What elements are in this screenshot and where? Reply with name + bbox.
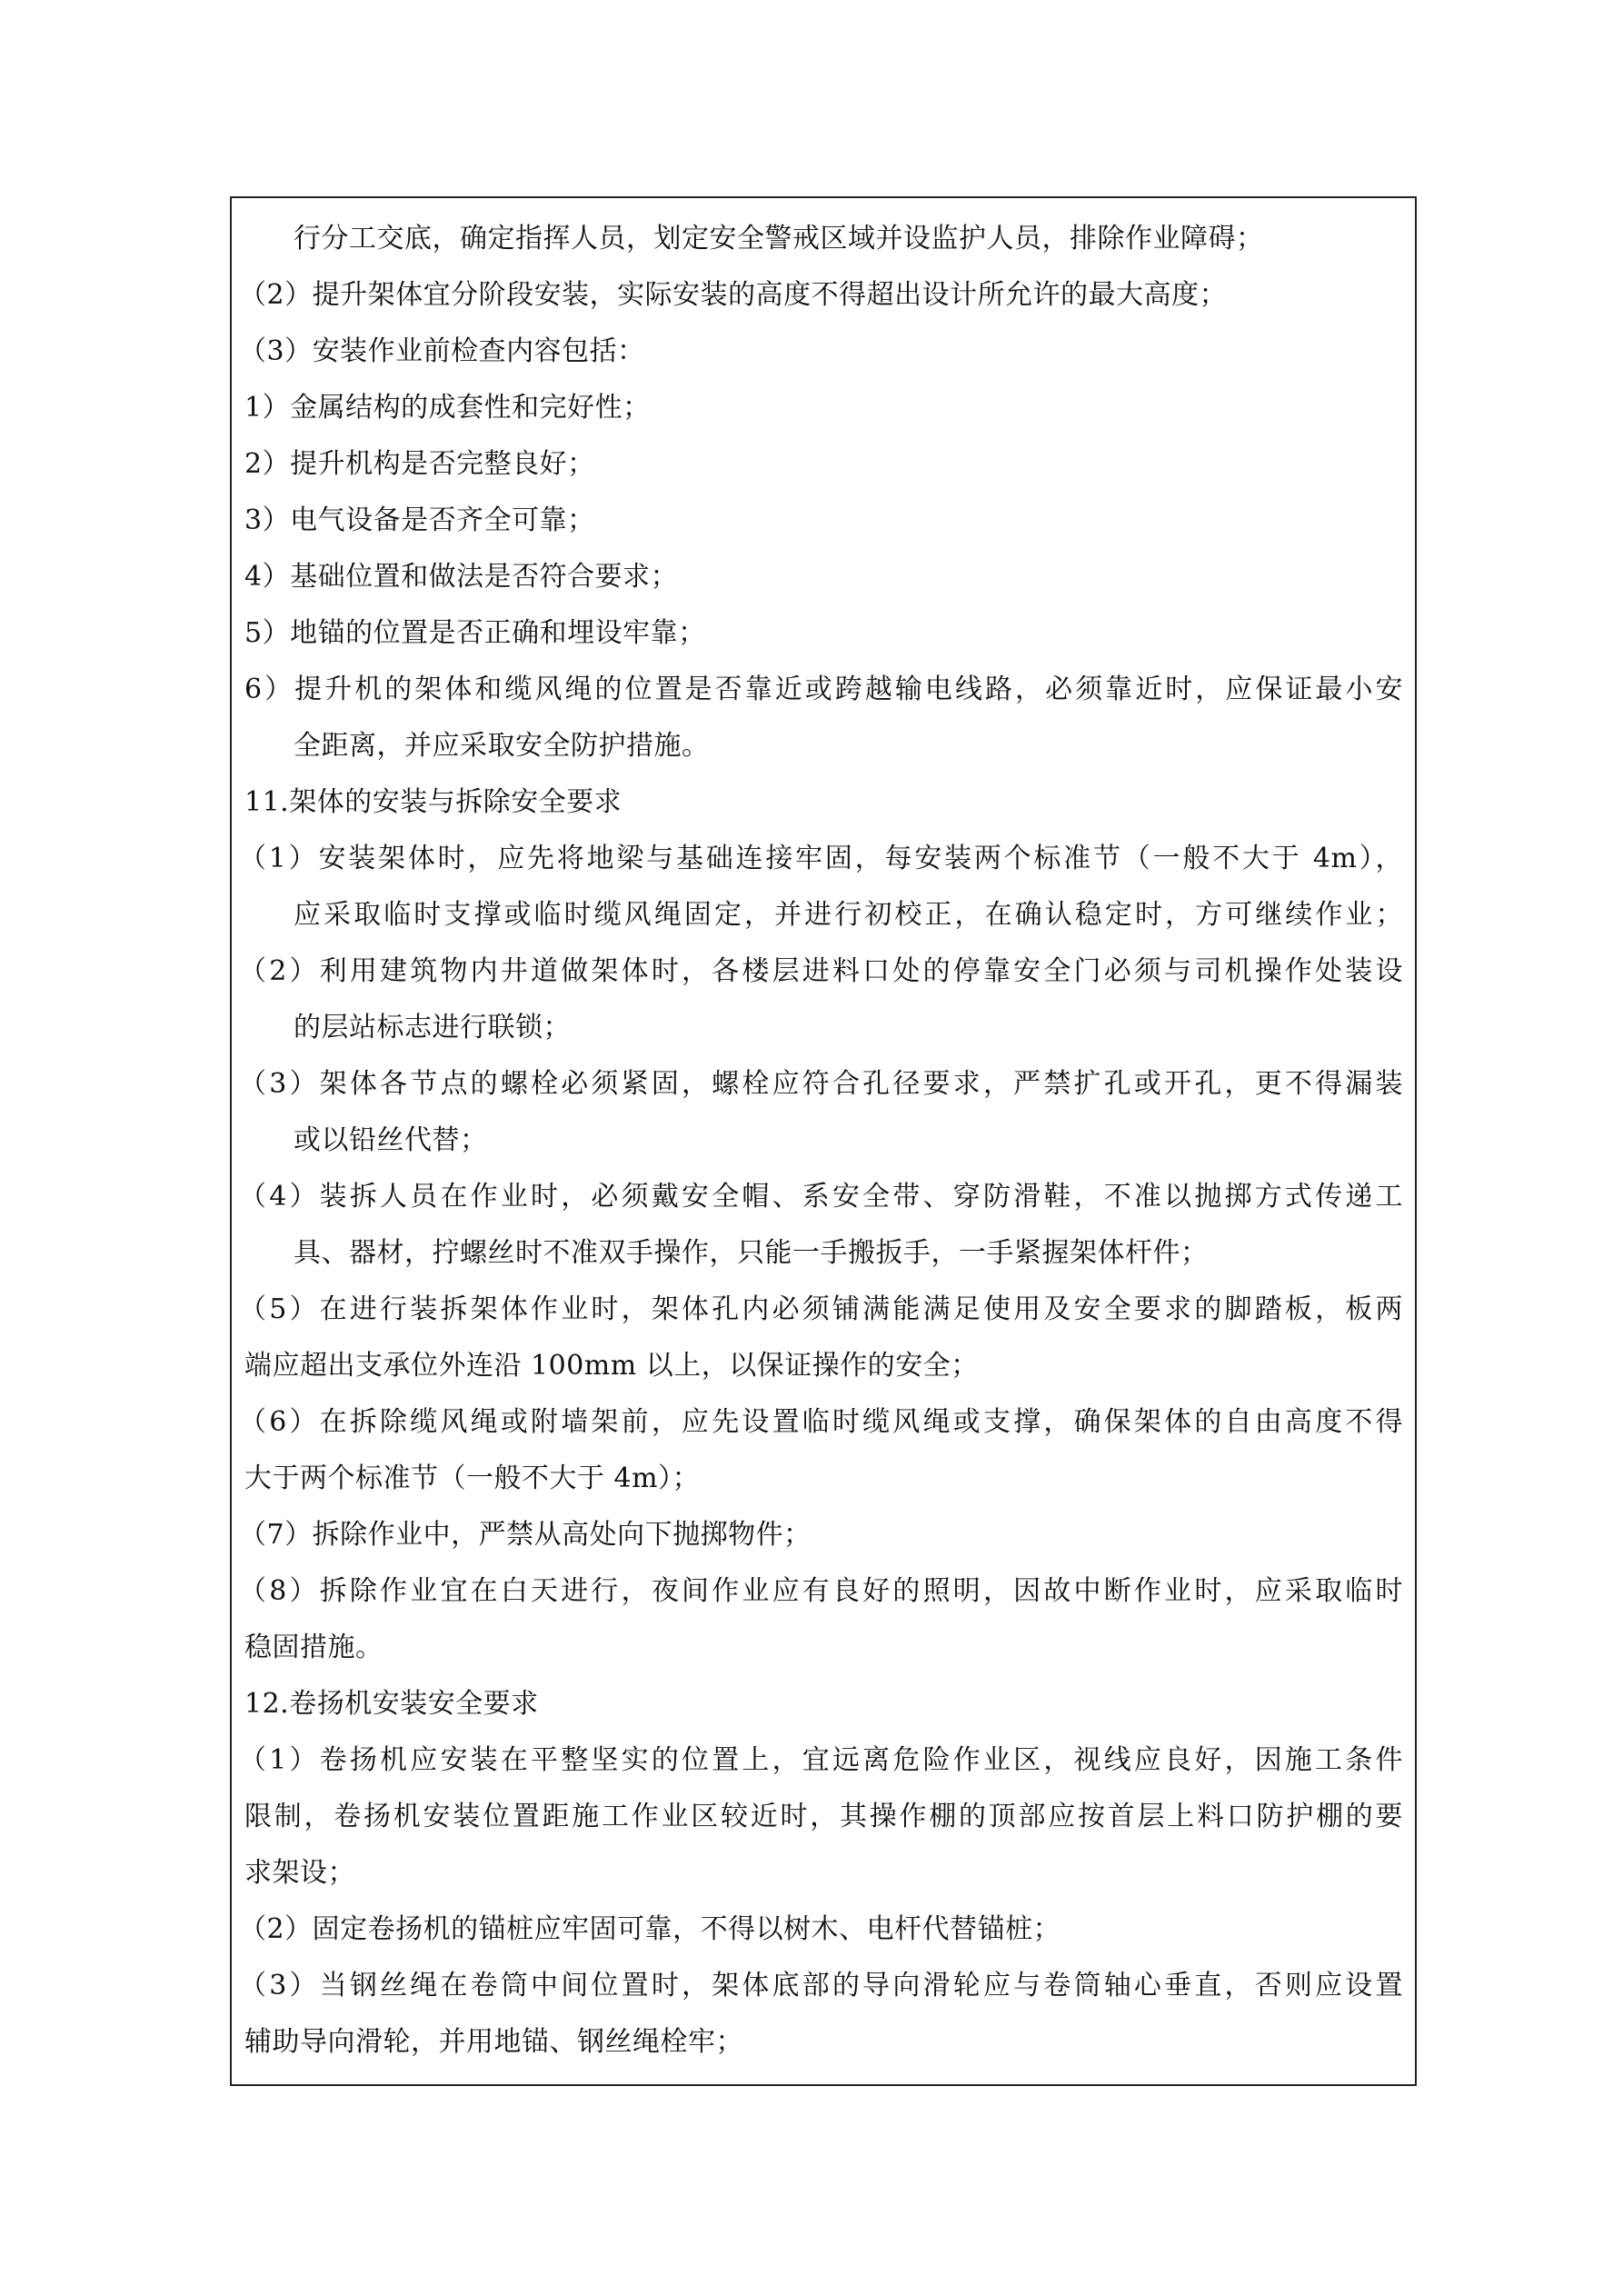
document-line: 4）基础位置和做法是否符合要求； bbox=[232, 549, 678, 605]
document-table-cell: 行分工交底，确定指挥人员，划定安全警戒区域并设监护人员，排除作业障碍；（2）提升… bbox=[230, 196, 1417, 2086]
document-line: （3）安装作业前检查内容包括： bbox=[232, 324, 645, 380]
document-line: （8）拆除作业宜在白天进行，夜间作业应有良好的照明，因故中断作业时，应采取临时 bbox=[232, 1563, 1403, 1620]
document-line: 1）金属结构的成套性和完好性； bbox=[232, 380, 651, 436]
document-line: （5）在进行装拆架体作业时，架体孔内必须铺满能满足使用及安全要求的脚踏板，板两 bbox=[232, 1282, 1403, 1338]
document-line: （3）当钢丝绳在卷筒中间位置时，架体底部的导向滑轮应与卷筒轴心垂直，否则应设置 bbox=[232, 1958, 1403, 2014]
document-line: 稳固措施。 bbox=[232, 1620, 383, 1676]
document-line: 3）电气设备是否齐全可靠； bbox=[232, 493, 595, 549]
document-line: 5）地锚的位置是否正确和埋设牢靠； bbox=[232, 605, 706, 662]
document-line: 大于两个标准节（一般不大于 4m）； bbox=[232, 1451, 700, 1507]
document-line: 12.卷扬机安装安全要求 bbox=[232, 1676, 539, 1732]
document-line: 辅助导向滑轮，并用地锚、钢丝绳栓牢； bbox=[232, 2014, 743, 2071]
document-line: 行分工交底，确定指挥人员，划定安全警戒区域并设监护人员，排除作业障碍； bbox=[232, 211, 1264, 267]
document-line: （7）拆除作业中，严禁从高处向下抛掷物件； bbox=[232, 1507, 811, 1563]
document-line: 的层站标志进行联锁； bbox=[232, 1000, 571, 1056]
document-line: （2）固定卷扬机的锚桩应牢固可靠，不得以树木、电杆代替锚桩； bbox=[232, 1902, 1060, 1958]
document-line: （6）在拆除缆风绳或附墙架前，应先设置临时缆风绳或支撑，确保架体的自由高度不得 bbox=[232, 1394, 1403, 1451]
document-line: （2）利用建筑物内井道做架体时，各楼层进料口处的停靠安全门必须与司机操作处装设 bbox=[232, 943, 1403, 1000]
document-line: 6）提升机的架体和缆风绳的位置是否靠近或跨越输电线路，必须靠近时，应保证最小安 bbox=[232, 662, 1403, 718]
document-line: （1）安装架体时，应先将地梁与基础连接牢固，每安装两个标准节（一般不大于 4m）… bbox=[232, 831, 1403, 887]
document-line: 求架设； bbox=[232, 1845, 355, 1902]
document-line: 全距离，并应采取安全防护措施。 bbox=[232, 718, 710, 774]
document-line: 具、器材，拧螺丝时不准双手操作，只能一手搬扳手，一手紧握架体杆件； bbox=[232, 1225, 1209, 1282]
document-line: 2）提升机构是否完整良好； bbox=[232, 436, 595, 493]
document-line: 限制，卷扬机安装位置距施工作业区较近时，其操作棚的顶部应按首层上料口防护棚的要 bbox=[232, 1789, 1403, 1845]
document-line: （1）卷扬机应安装在平整坚实的位置上，宜远离危险作业区，视线应良好，因施工条件 bbox=[232, 1732, 1403, 1789]
document-line: 端应超出支承位外连沿 100mm 以上，以保证操作的安全； bbox=[232, 1338, 979, 1394]
document-line: 或以铅丝代替； bbox=[232, 1113, 488, 1169]
document-line: （4）装拆人员在作业时，必须戴安全帽、系安全带、穿防滑鞋，不准以抛掷方式传递工 bbox=[232, 1169, 1403, 1225]
document-line: 应采取临时支撑或临时缆风绳固定，并进行初校正，在确认稳定时，方可继续作业； bbox=[232, 887, 1403, 943]
document-line: 11.架体的安装与拆除安全要求 bbox=[232, 774, 622, 831]
document-line: （3）架体各节点的螺栓必须紧固，螺栓应符合孔径要求，严禁扩孔或开孔，更不得漏装 bbox=[232, 1056, 1403, 1113]
document-line: （2）提升架体宜分阶段安装，实际安装的高度不得超出设计所允许的最大高度； bbox=[232, 267, 1227, 324]
